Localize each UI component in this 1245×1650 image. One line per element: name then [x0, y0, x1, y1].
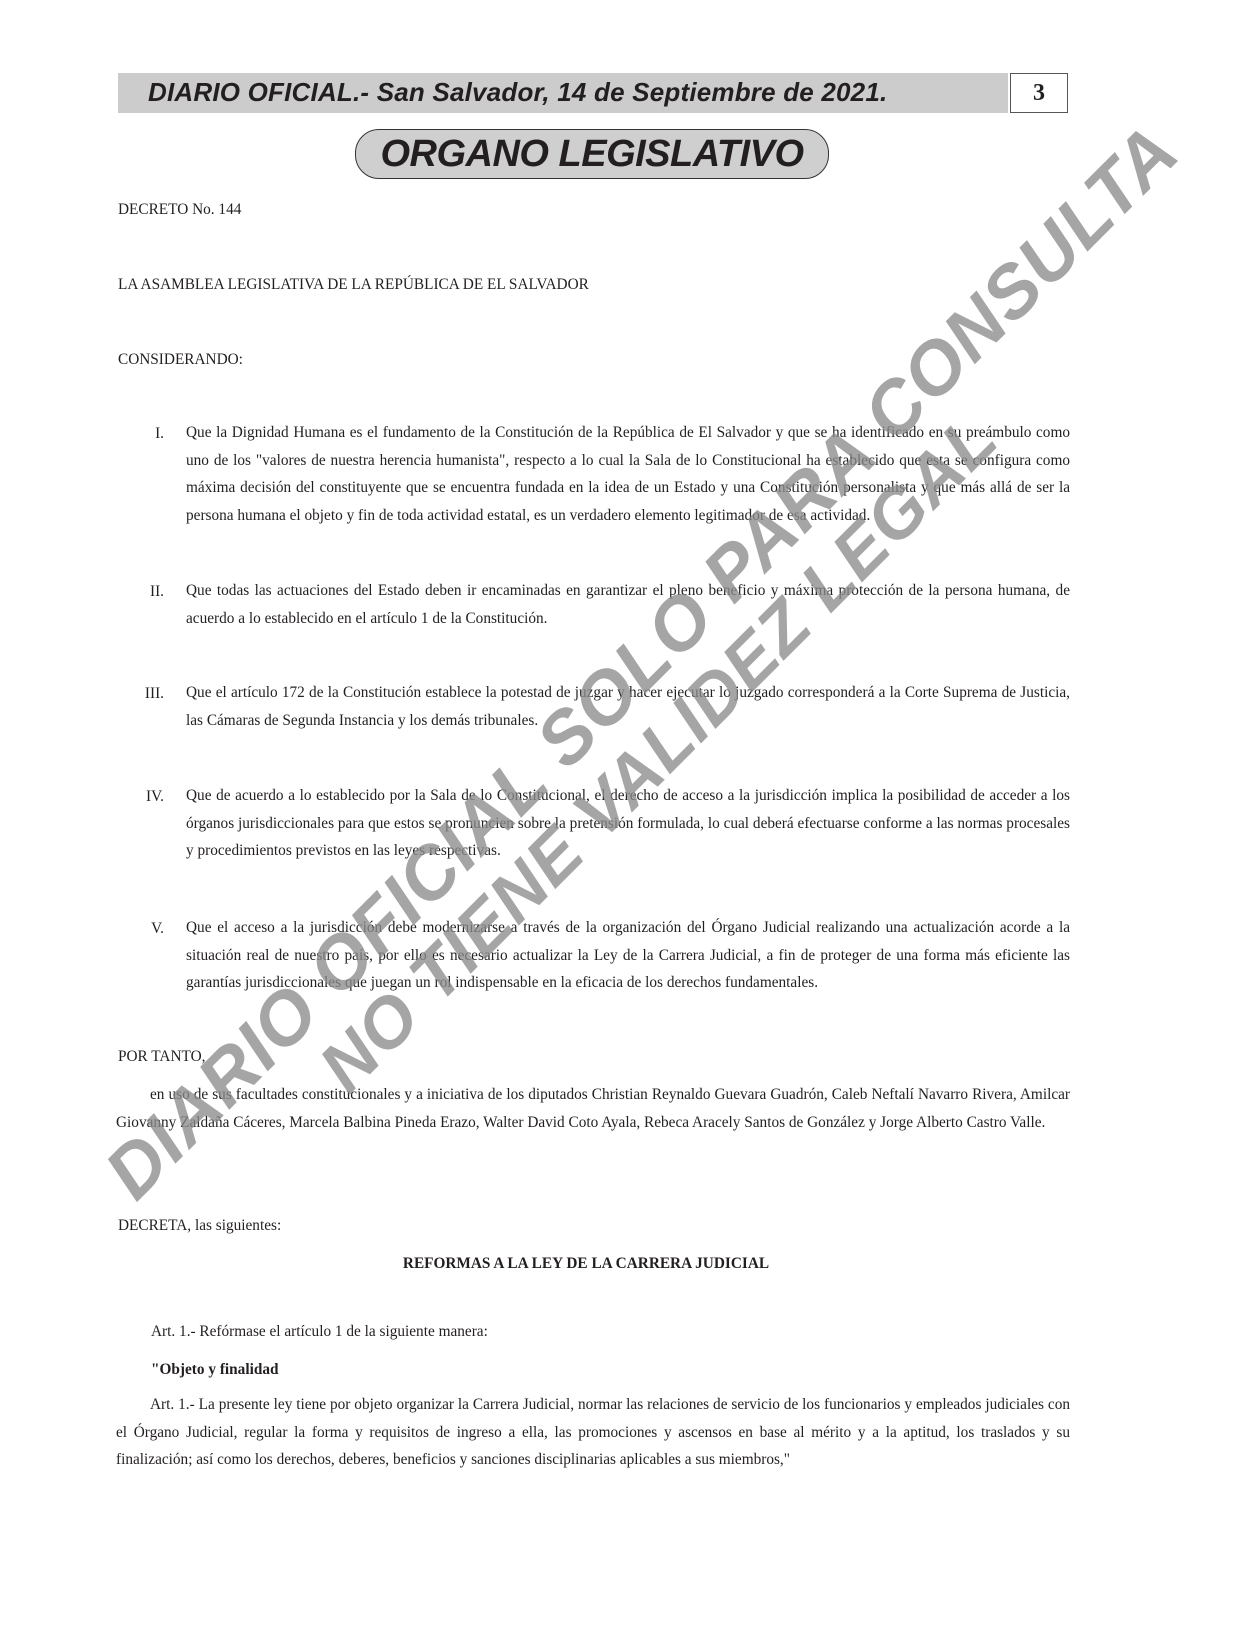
considerando-numeral: IV. [124, 788, 164, 806]
decree-issuer: LA ASAMBLEA LEGISLATIVA DE LA REPÚBLICA … [118, 271, 589, 299]
reform-title: REFORMAS A LA LEY DE LA CARRERA JUDICIAL [118, 1255, 1054, 1273]
page-number: 3 [1010, 73, 1068, 113]
considerando-numeral: V. [124, 920, 164, 938]
considerando-numeral: II. [124, 583, 164, 601]
decreta-label: DECRETA, las siguientes: [118, 1212, 281, 1240]
considerando-numeral: I. [124, 425, 164, 443]
article-intro: Art. 1.- Refórmase el artículo 1 de la s… [151, 1318, 488, 1346]
considerando-numeral: III. [124, 685, 164, 703]
section-title: ORGANO LEGISLATIVO [355, 129, 829, 179]
considerando-item: Que la Dignidad Humana es el fundamento … [186, 419, 1070, 529]
por-tanto-label: POR TANTO, [118, 1043, 205, 1071]
newspaper-header-title: DIARIO OFICIAL.- San Salvador, 14 de Sep… [148, 77, 887, 108]
por-tanto-text: en uso de sus facultades constitucionale… [116, 1081, 1070, 1136]
considerando-label: CONSIDERANDO: [118, 346, 243, 374]
article-heading: "Objeto y finalidad [151, 1356, 278, 1384]
considerando-item: Que el acceso a la jurisdicción debe mod… [186, 914, 1070, 997]
decree-number: DECRETO No. 144 [118, 196, 241, 224]
considerando-item: Que el artículo 172 de la Constitución e… [186, 679, 1070, 734]
article-text: Art. 1.- La presente ley tiene por objet… [116, 1391, 1070, 1474]
considerando-item: Que todas las actuaciones del Estado deb… [186, 577, 1070, 632]
considerando-item: Que de acuerdo a lo establecido por la S… [186, 782, 1070, 865]
